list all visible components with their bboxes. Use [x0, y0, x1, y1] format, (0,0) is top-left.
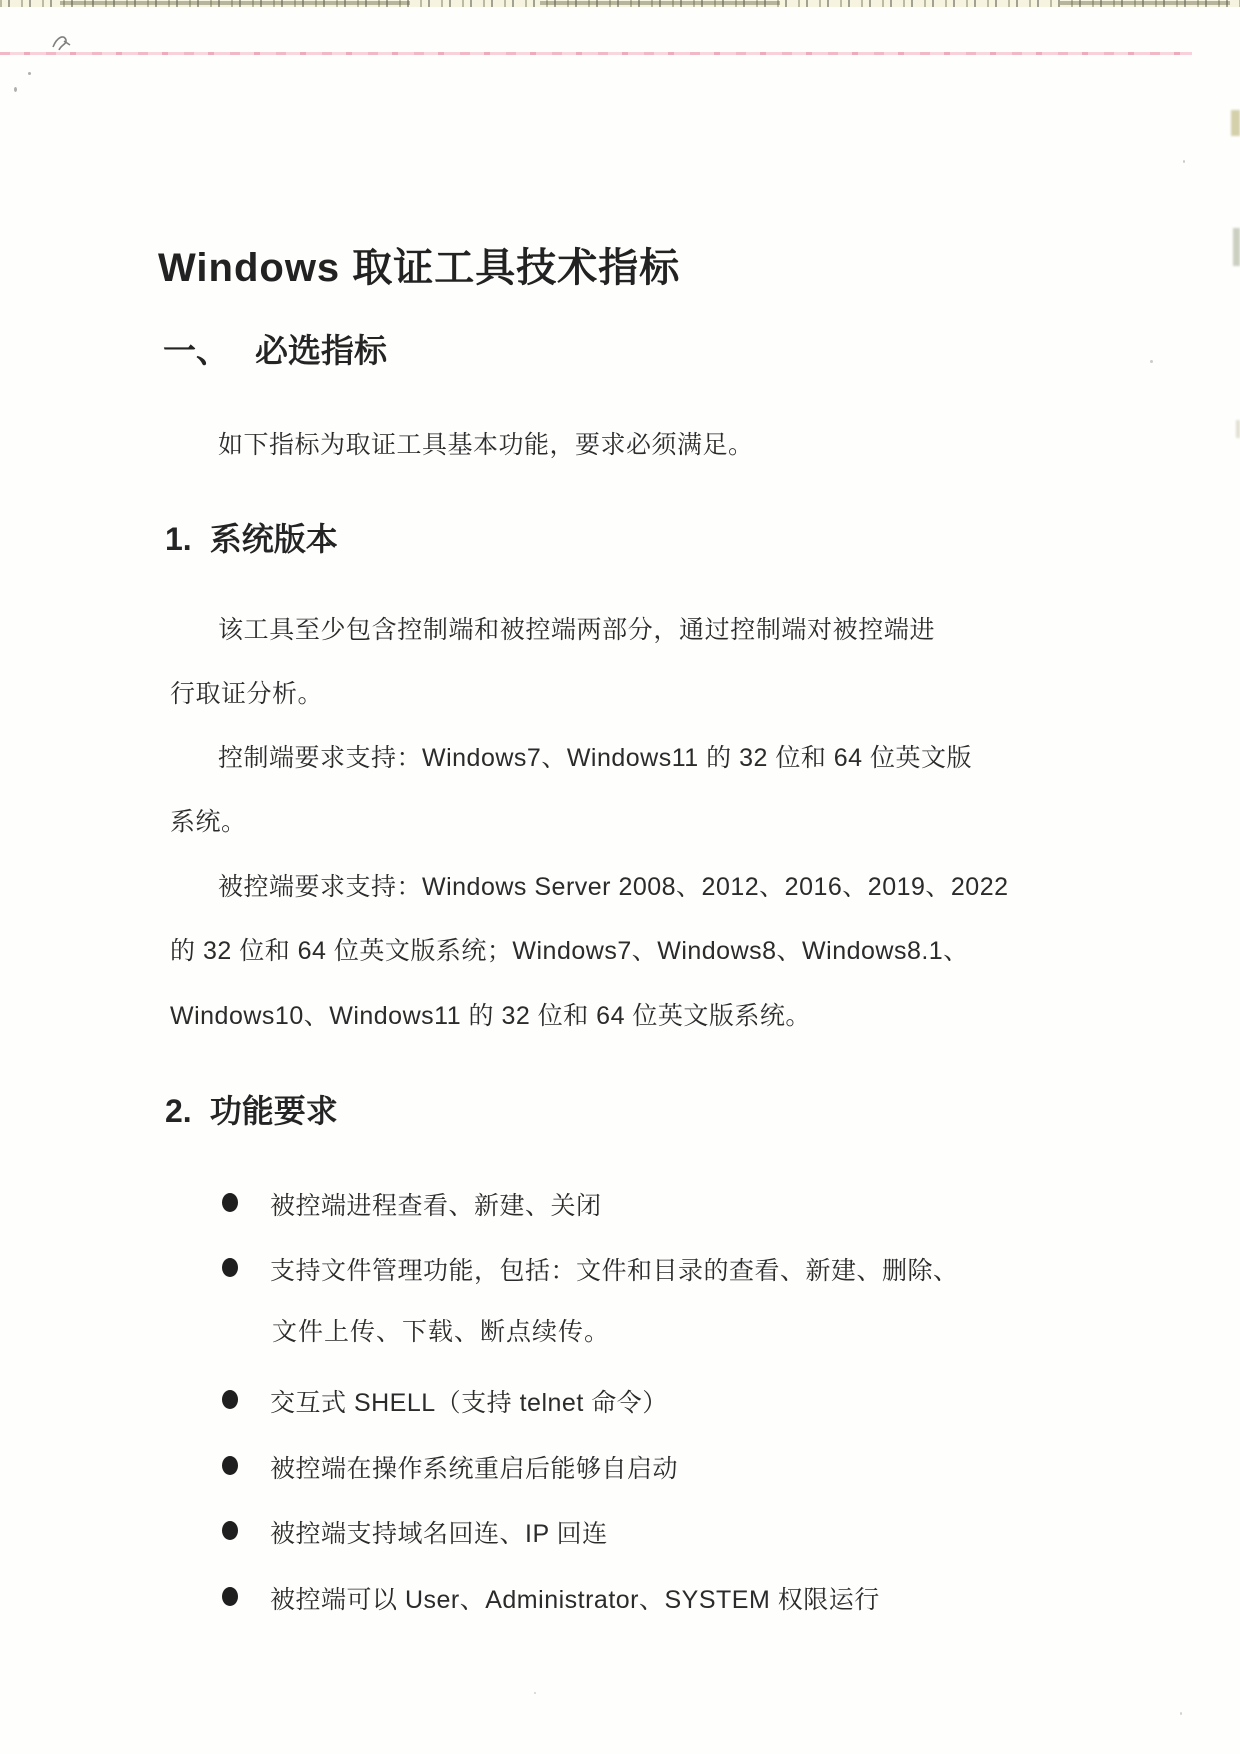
scan-speck — [14, 87, 17, 92]
bullet-text: 被控端在操作系统重启后能够自启动 — [270, 1449, 678, 1485]
scan-speck — [1150, 360, 1153, 363]
scan-pink-line-artifact — [0, 52, 1192, 55]
paragraph-line: 系统。 — [170, 807, 247, 838]
bullet-icon — [222, 1258, 238, 1277]
scan-edge-smudge — [1236, 420, 1240, 438]
scan-speck — [28, 72, 31, 75]
subsection-number: 2. — [165, 1093, 192, 1129]
scan-speck — [1180, 1712, 1182, 1715]
subsection-heading-system-version: 1.系统版本 — [165, 519, 338, 559]
document-title: Windows 取证工具技术指标 — [158, 243, 680, 293]
scan-noise-patch — [1060, 1, 1230, 5]
subsection-heading-text: 系统版本 — [210, 521, 338, 557]
bullet-text: 支持文件管理功能，包括：文件和目录的查看、新建、删除、 — [270, 1251, 948, 1287]
bullet-text: 被控端支持域名回连、IP 回连 — [270, 1514, 608, 1550]
bullet-text: 被控端可以 User、Administrator、SYSTEM 权限运行 — [270, 1580, 880, 1616]
bullet-item: 被控端进程查看、新建、关闭 — [222, 1186, 602, 1222]
bullet-icon — [222, 1456, 238, 1475]
scan-speck — [534, 1692, 536, 1694]
pencil-squiggle-mark — [50, 32, 74, 56]
paragraph-line: 行取证分析。 — [170, 679, 323, 710]
scan-edge-smudge — [1233, 228, 1240, 266]
section-heading-required: 一、必选指标 — [163, 330, 387, 371]
scan-edge-smudge — [1231, 110, 1240, 136]
bullet-icon — [222, 1521, 238, 1540]
bullet-item: 被控端可以 User、Administrator、SYSTEM 权限运行 — [222, 1580, 880, 1616]
scan-noise-patch — [60, 1, 410, 5]
bullet-icon — [222, 1193, 238, 1212]
paragraph-line: 被控端要求支持：Windows Server 2008、2012、2016、20… — [218, 872, 935, 903]
bullet-item: 支持文件管理功能，包括：文件和目录的查看、新建、删除、 — [222, 1251, 948, 1287]
paragraph-line: 控制端要求支持：Windows7、Windows11 的 32 位和 64 位英… — [218, 743, 935, 774]
paragraph-line: 该工具至少包含控制端和被控端两部分，通过控制端对被控端进 — [218, 615, 935, 646]
scan-noise-patch — [540, 1, 780, 5]
subsection-number: 1. — [165, 521, 192, 557]
scanned-document-page: Windows 取证工具技术指标 一、必选指标 如下指标为取证工具基本功能，要求… — [0, 0, 1240, 1754]
bullet-text: 交互式 SHELL（支持 telnet 命令） — [270, 1383, 668, 1419]
paragraph-line: 的 32 位和 64 位英文版系统；Windows7、Windows8、Wind… — [170, 936, 935, 967]
subsection-heading-function-requirements: 2.功能要求 — [165, 1091, 338, 1131]
bullet-item: 被控端在操作系统重启后能够自启动 — [222, 1449, 678, 1485]
section-heading-text: 必选指标 — [255, 332, 387, 369]
bullet-item: 被控端支持域名回连、IP 回连 — [222, 1514, 608, 1550]
subsection-heading-text: 功能要求 — [210, 1093, 338, 1129]
bullet-item: 交互式 SHELL（支持 telnet 命令） — [222, 1383, 668, 1419]
bullet-text-continuation: 文件上传、下载、断点续传。 — [272, 1317, 610, 1348]
paragraph-line: Windows10、Windows11 的 32 位和 64 位英文版系统。 — [170, 1001, 811, 1032]
scan-speck — [1183, 160, 1185, 163]
bullet-icon — [222, 1587, 238, 1606]
section-number: 一、 — [163, 332, 229, 369]
bullet-icon — [222, 1390, 238, 1409]
bullet-text: 被控端进程查看、新建、关闭 — [270, 1186, 602, 1222]
intro-paragraph: 如下指标为取证工具基本功能，要求必须满足。 — [218, 430, 754, 461]
